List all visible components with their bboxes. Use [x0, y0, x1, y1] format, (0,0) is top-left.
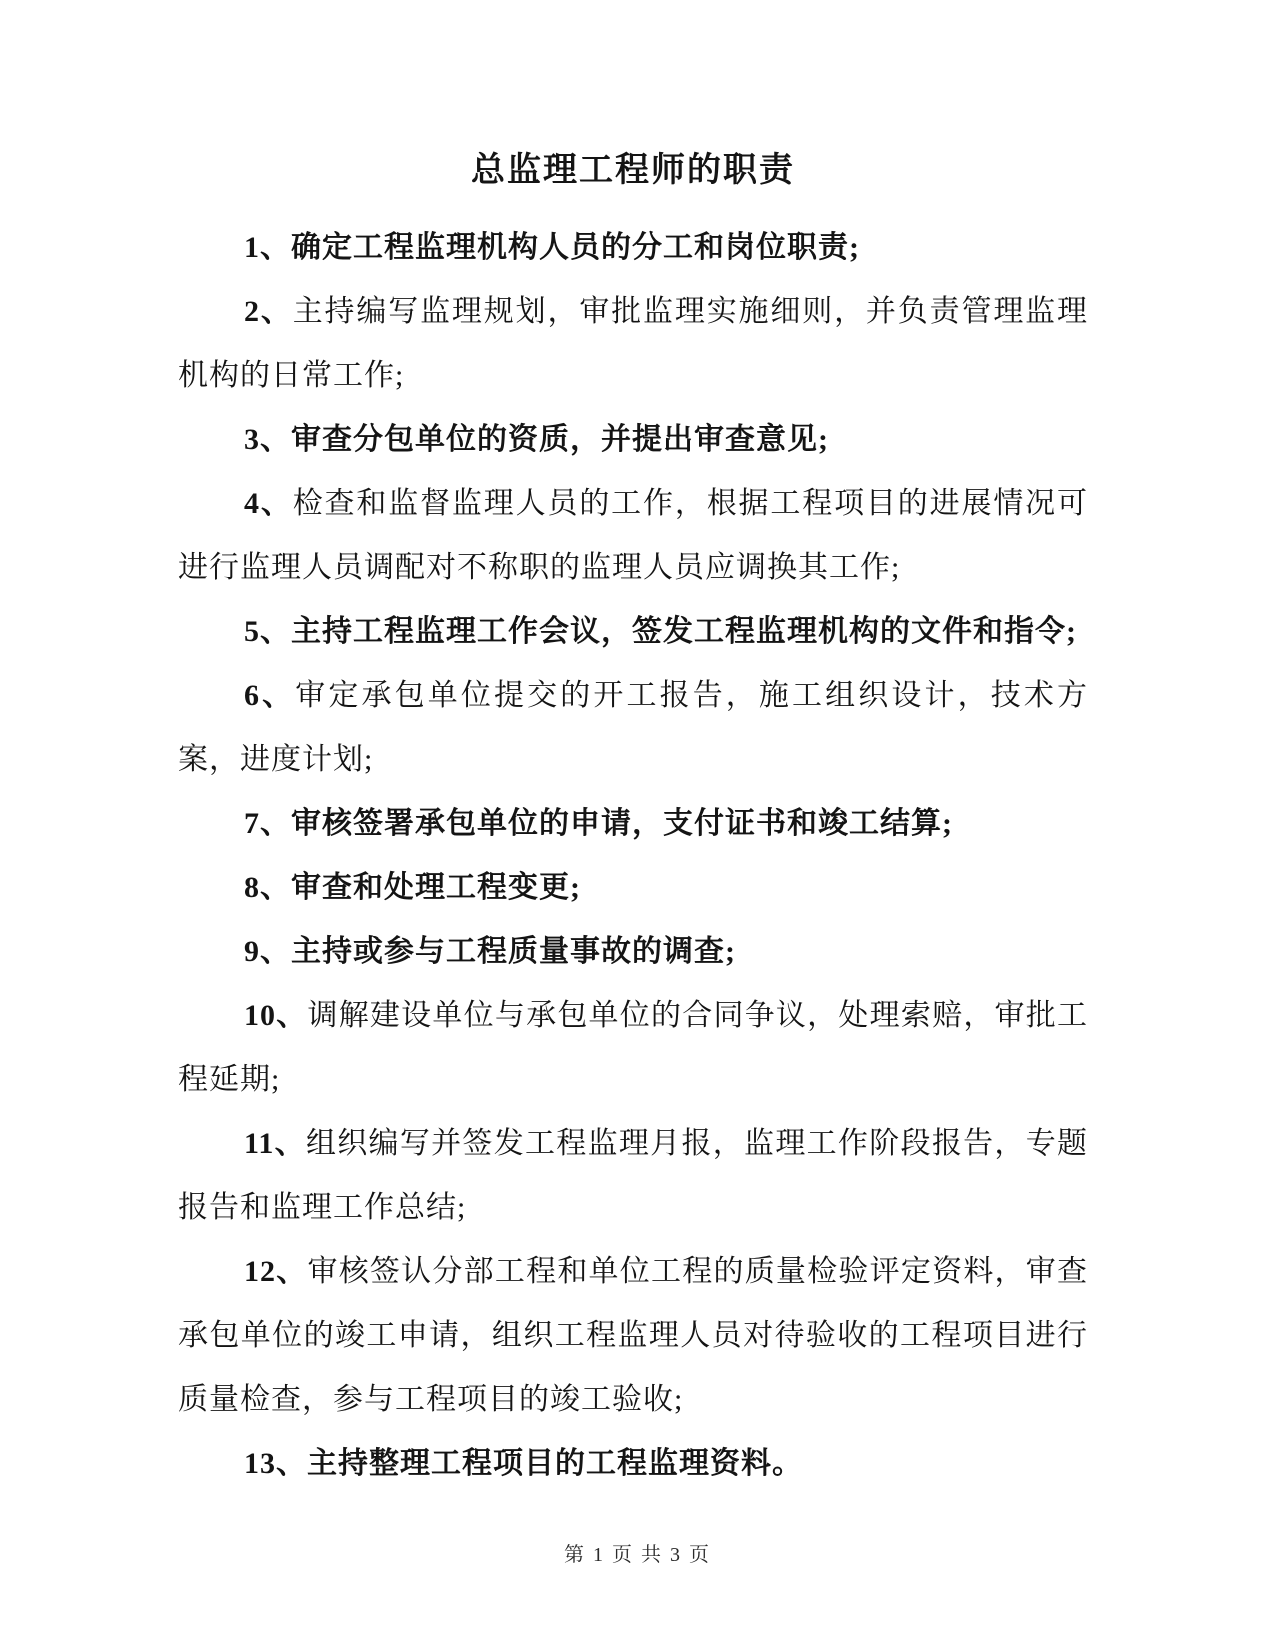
duty-item: 6、审定承包单位提交的开工报告，施工组织设计，技术方案，进度计划; [178, 664, 1088, 792]
item-text: 审查分包单位的资质，并提出审查意见; [291, 423, 829, 456]
duty-item: 13、主持整理工程项目的工程监理资料。 [178, 1432, 1088, 1496]
duty-item: 5、主持工程监理工作会议，签发工程监理机构的文件和指令; [178, 600, 1088, 664]
item-text: 组织编写并签发工程监理月报，监理工作阶段报告，专题报告和监理工作总结; [178, 1127, 1088, 1224]
duty-item: 9、主持或参与工程质量事故的调查; [178, 920, 1088, 984]
item-text: 主持或参与工程质量事故的调查; [291, 935, 736, 968]
document-content: 总监理工程师的职责 1、确定工程监理机构人员的分工和岗位职责;2、主持编写监理规… [178, 138, 1088, 1496]
duty-item: 8、审查和处理工程变更; [178, 856, 1088, 920]
item-text: 主持整理工程项目的工程监理资料。 [307, 1447, 803, 1480]
item-text: 确定工程监理机构人员的分工和岗位职责; [291, 231, 860, 264]
duty-list: 1、确定工程监理机构人员的分工和岗位职责;2、主持编写监理规划，审批监理实施细则… [178, 216, 1088, 1496]
duty-item: 3、审查分包单位的资质，并提出审查意见; [178, 408, 1088, 472]
item-text: 审核签署承包单位的申请，支付证书和竣工结算; [291, 807, 953, 840]
item-number: 9、 [244, 935, 291, 968]
item-number: 8、 [244, 871, 291, 904]
item-number: 4、 [244, 487, 293, 520]
item-text: 审核签认分部工程和单位工程的质量检验评定资料，审查承包单位的竣工申请，组织工程监… [178, 1255, 1088, 1416]
item-number: 6、 [244, 679, 295, 712]
item-text: 调解建设单位与承包单位的合同争议，处理索赔，审批工程延期; [178, 999, 1088, 1096]
document-page: 总监理工程师的职责 1、确定工程监理机构人员的分工和岗位职责;2、主持编写监理规… [0, 0, 1275, 1650]
page-title: 总监理工程师的职责 [178, 138, 1088, 204]
item-number: 12、 [244, 1255, 307, 1288]
item-number: 11、 [244, 1127, 306, 1160]
item-text: 检查和监督监理人员的工作，根据工程项目的进展情况可进行监理人员调配对不称职的监理… [178, 487, 1088, 584]
item-number: 2、 [244, 295, 293, 328]
item-number: 1、 [244, 231, 291, 264]
duty-item: 1、确定工程监理机构人员的分工和岗位职责; [178, 216, 1088, 280]
item-number: 7、 [244, 807, 291, 840]
duty-item: 4、检查和监督监理人员的工作，根据工程项目的进展情况可进行监理人员调配对不称职的… [178, 472, 1088, 600]
item-text: 主持编写监理规划，审批监理实施细则，并负责管理监理机构的日常工作; [178, 295, 1088, 392]
duty-item: 2、主持编写监理规划，审批监理实施细则，并负责管理监理机构的日常工作; [178, 280, 1088, 408]
duty-item: 10、调解建设单位与承包单位的合同争议，处理索赔，审批工程延期; [178, 984, 1088, 1112]
duty-item: 7、审核签署承包单位的申请，支付证书和竣工结算; [178, 792, 1088, 856]
item-text: 审查和处理工程变更; [291, 871, 581, 904]
item-text: 主持工程监理工作会议，签发工程监理机构的文件和指令; [291, 615, 1077, 648]
item-number: 13、 [244, 1447, 307, 1480]
duty-item: 11、组织编写并签发工程监理月报，监理工作阶段报告，专题报告和监理工作总结; [178, 1112, 1088, 1240]
item-number: 5、 [244, 615, 291, 648]
page-number-footer: 第 1 页 共 3 页 [0, 1538, 1275, 1567]
item-number: 3、 [244, 423, 291, 456]
duty-item: 12、审核签认分部工程和单位工程的质量检验评定资料，审查承包单位的竣工申请，组织… [178, 1240, 1088, 1432]
item-number: 10、 [244, 999, 307, 1032]
item-text: 审定承包单位提交的开工报告，施工组织设计，技术方案，进度计划; [178, 679, 1088, 776]
